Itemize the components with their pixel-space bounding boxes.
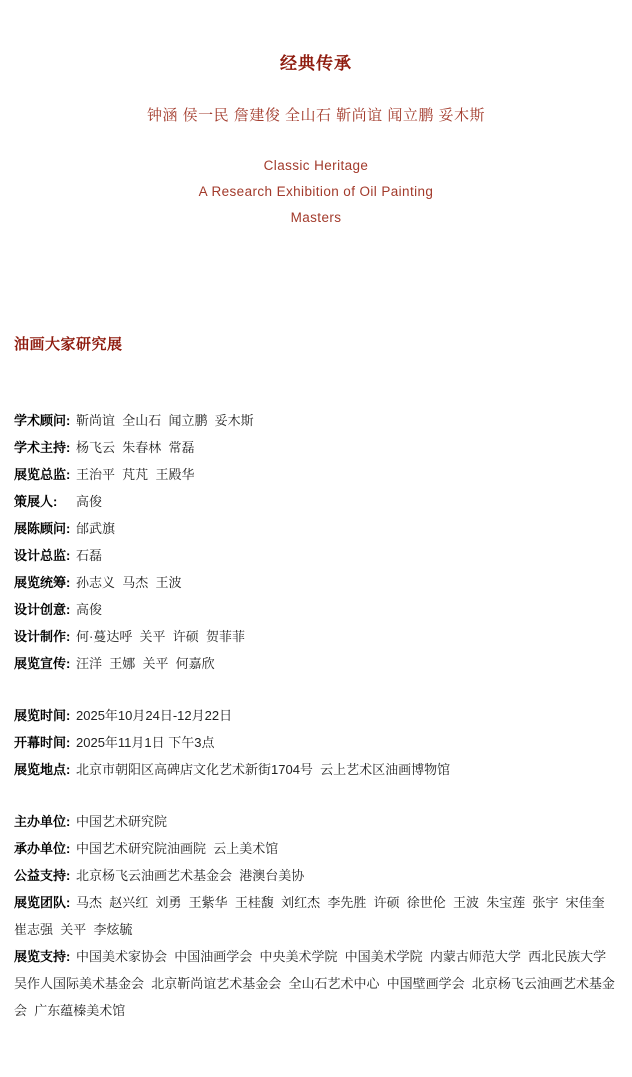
credit-row-public-support: 公益支持:北京杨飞云油画艺术基金会 港澳台美协 xyxy=(14,862,618,889)
credit-row-exhibition-supporters: 展览支持:中国美术家协会 中国油画学会 中央美术学院 中国美术学院 内蒙古师范大… xyxy=(14,943,618,1024)
credit-value: 孙志义 马杰 王波 xyxy=(76,575,181,590)
credit-label: 展览地点: xyxy=(14,756,76,783)
credit-value: 杨飞云 朱春林 常磊 xyxy=(76,440,194,455)
poster-page: 经典传承 钟涵 侯一民 詹建俊 全山石 靳尚谊 闻立鹏 妥木斯 Classic … xyxy=(0,0,632,1024)
credit-label: 展览总监: xyxy=(14,461,76,488)
credit-row-exhibition-directors: 展览总监:王治平 芃芃 王殿华 xyxy=(14,461,618,488)
credit-value: 何·蔓达呼 关平 许硕 贺菲菲 xyxy=(76,629,245,644)
credit-label: 设计总监: xyxy=(14,542,76,569)
credit-label: 展览团队: xyxy=(14,889,76,916)
credit-value: 中国美术家协会 中国油画学会 中央美术学院 中国美术学院 内蒙古师范大学 西北民… xyxy=(14,949,615,1018)
credits-list: 学术顾问:靳尚谊 全山石 闻立鹏 妥木斯 学术主持:杨飞云 朱春林 常磊 展览总… xyxy=(14,407,618,1024)
credit-row-venue: 展览地点:北京市朝阳区高碑店文化艺术新街1704号 云上艺术区油画博物馆 xyxy=(14,756,618,783)
credit-row-design-production: 设计制作:何·蔓达呼 关平 许硕 贺菲菲 xyxy=(14,623,618,650)
credit-label: 展览统筹: xyxy=(14,569,76,596)
credit-row-academic-hosts: 学术主持:杨飞云 朱春林 常磊 xyxy=(14,434,618,461)
credit-value: 中国艺术研究院 xyxy=(76,814,167,829)
credit-value: 王治平 芃芃 王殿华 xyxy=(76,467,194,482)
credit-value: 石磊 xyxy=(76,548,102,563)
credit-label: 公益支持: xyxy=(14,862,76,889)
credit-label: 展陈顾问: xyxy=(14,515,76,542)
credit-label: 设计创意: xyxy=(14,596,76,623)
credit-label: 展览支持: xyxy=(14,943,76,970)
credit-value: 2025年10月24日-12月22日 xyxy=(76,708,232,723)
credit-row-exhibition-team: 展览团队:马杰 赵兴红 刘勇 王紫华 王桂馥 刘红杰 李先胜 许硕 徐世伦 王波… xyxy=(14,889,618,943)
credit-label: 设计制作: xyxy=(14,623,76,650)
credit-row-exhibition-coordinators: 展览统筹:孙志义 马杰 王波 xyxy=(14,569,618,596)
exhibition-title-cn: 经典传承 xyxy=(14,0,618,75)
credit-row-opening-time: 开幕时间:2025年11月1日 下午3点 xyxy=(14,729,618,756)
credit-value: 靳尚谊 全山石 闻立鹏 妥木斯 xyxy=(76,413,254,428)
credit-label: 学术顾问: xyxy=(14,407,76,434)
credit-value: 马杰 赵兴红 刘勇 王紫华 王桂馥 刘红杰 李先胜 许硕 徐世伦 王波 朱宝莲 … xyxy=(14,895,612,937)
credit-label: 展览宣传: xyxy=(14,650,76,677)
credit-row-host-organization: 主办单位:中国艺术研究院 xyxy=(14,808,618,835)
credit-label: 开幕时间: xyxy=(14,729,76,756)
credit-row-exhibition-publicity: 展览宣传:汪洋 王娜 关平 何嘉欣 xyxy=(14,650,618,677)
credit-value: 高俊 xyxy=(76,602,102,617)
credit-value: 邰武旗 xyxy=(76,521,115,536)
credit-value: 北京市朝阳区高碑店文化艺术新街1704号 云上艺术区油画博物馆 xyxy=(76,762,450,777)
credit-row-design-creative: 设计创意:高俊 xyxy=(14,596,618,623)
credit-label: 主办单位: xyxy=(14,808,76,835)
credit-label: 策展人: xyxy=(14,488,76,515)
credit-row-design-director: 设计总监:石磊 xyxy=(14,542,618,569)
credit-value: 北京杨飞云油画艺术基金会 港澳台美协 xyxy=(76,868,304,883)
credit-value: 中国艺术研究院油画院 云上美术馆 xyxy=(76,841,278,856)
credit-value: 高俊 xyxy=(76,494,102,509)
exhibition-title-en: Classic Heritage A Research Exhibition o… xyxy=(14,153,618,231)
credit-row-organizers: 承办单位:中国艺术研究院油画院 云上美术馆 xyxy=(14,835,618,862)
credit-row-academic-advisors: 学术顾问:靳尚谊 全山石 闻立鹏 妥木斯 xyxy=(14,407,618,434)
credit-row-exhibition-dates: 展览时间:2025年10月24日-12月22日 xyxy=(14,702,618,729)
credit-label: 承办单位: xyxy=(14,835,76,862)
credit-value: 汪洋 王娜 关平 何嘉欣 xyxy=(76,656,215,671)
credit-value: 2025年11月1日 下午3点 xyxy=(76,735,215,750)
credit-label: 学术主持: xyxy=(14,434,76,461)
featured-artists-line: 钟涵 侯一民 詹建俊 全山石 靳尚谊 闻立鹏 妥木斯 xyxy=(14,106,618,126)
credit-row-curator: 策展人:高俊 xyxy=(14,488,618,515)
credit-label: 展览时间: xyxy=(14,702,76,729)
section-title-research-exhibition: 油画大家研究展 xyxy=(14,335,618,355)
credit-row-display-advisor: 展陈顾问:邰武旗 xyxy=(14,515,618,542)
